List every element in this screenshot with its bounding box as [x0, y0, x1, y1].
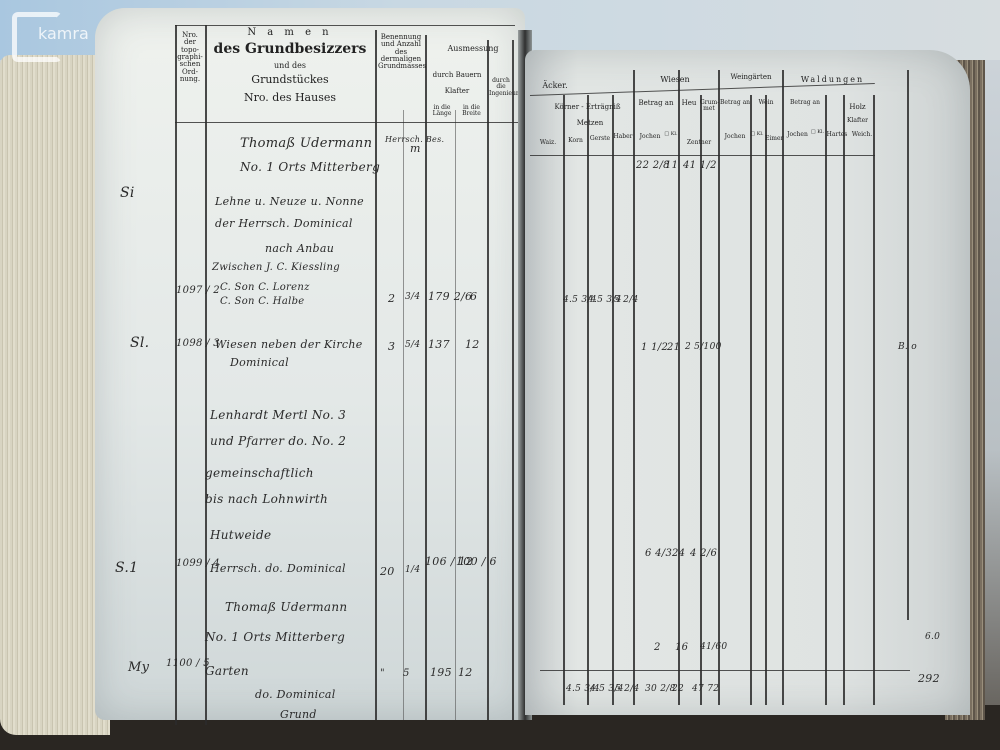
book-photograph: Nro. der topo-graphi-schen Ord-nung. N a… [0, 0, 1000, 750]
entry-unit: 3 [388, 340, 395, 353]
header-wd-qkl: □ Kl. [810, 130, 825, 135]
entry-val: 179 2/6 [428, 290, 472, 303]
cell: 24 [672, 548, 685, 559]
header-zentner: Zentner [680, 140, 718, 146]
entry-unit: 20 [380, 565, 395, 578]
margin-note: Si [120, 185, 135, 201]
watermark-text: kamra [38, 24, 89, 43]
entry-name: Dominical [230, 356, 289, 369]
entry-name: C. Son C. Halbe [220, 296, 305, 307]
rule [633, 70, 635, 705]
header-eimer: Eimer [765, 136, 783, 142]
header-gerste: Gerste [588, 136, 612, 142]
rule [205, 25, 207, 725]
header-wd-betrag: Betrag an [785, 100, 825, 106]
rule [175, 25, 515, 26]
header-wd-joch: Jochen [785, 132, 810, 138]
rule [843, 95, 845, 705]
rule [487, 40, 489, 720]
rule [718, 70, 720, 705]
total-cell: 22 [672, 684, 684, 694]
margin-note: My [128, 660, 149, 675]
rule [455, 110, 456, 720]
rule [612, 95, 614, 705]
header-grundbesitzer: des Grundbesizzers [206, 42, 374, 57]
cell: B. o [898, 342, 917, 352]
header-benennung: Benennung und Anzahl des dermaligen Grun… [378, 34, 424, 71]
header-grundstueck: Grundstückes [206, 74, 374, 86]
header-grummet: Grum-met [700, 100, 718, 113]
cell: 6 4/3 [645, 548, 672, 559]
margin-note: Sl. [130, 335, 149, 351]
header-weiches: Weich. [848, 132, 876, 138]
header-korn: Korn [564, 138, 587, 144]
header-wd-klafter: Klafter [835, 118, 880, 124]
cell: 5 2/4 [614, 295, 639, 305]
rule [587, 95, 589, 705]
total-cell: 47 72 [692, 684, 719, 694]
rule [700, 95, 702, 705]
header-wein: Wein [752, 100, 780, 106]
entry-name: Grund [280, 708, 317, 721]
header-und-des: und des [206, 62, 374, 70]
entry-val: 137 [428, 338, 450, 351]
entry-val: 1/4 [405, 565, 420, 575]
rule [530, 155, 875, 156]
entry-name: Lehne u. Neuze u. Nonne [215, 195, 364, 208]
cell: 2 5/100 [685, 342, 722, 352]
header-laenge: in die Länge [428, 105, 456, 118]
entry-name: Lenhardt Mertl No. 3 [210, 408, 346, 422]
page-edges-left [0, 55, 110, 735]
header-heu: Heu [678, 100, 700, 107]
header-metzen: Metzen [560, 120, 620, 127]
header-holz: Holz [835, 104, 880, 111]
entry-val: m [410, 142, 421, 155]
cell: 41 1/2 [683, 160, 717, 171]
entry-name: Garten [205, 664, 249, 678]
entry-val: 5/4 [405, 340, 420, 350]
entry-name: Thomaß Udermann [225, 600, 347, 614]
header-nro-hauses: Nro. des Hauses [206, 92, 374, 104]
cell: 16 [675, 642, 688, 653]
cell: 4 2/6 [690, 548, 717, 559]
header-namen: N a m e n [206, 28, 374, 39]
header-koerner: Körner - Erträgniß [545, 104, 630, 111]
entry-name: C. Son C. Lorenz [220, 282, 310, 293]
rule [540, 670, 910, 671]
rule [782, 70, 784, 705]
rule [375, 30, 377, 720]
entry-name: No. 1 Orts Mitterberg [205, 630, 345, 644]
cell: 41/60 [700, 642, 727, 652]
header-wiesen: Wiesen [635, 76, 715, 84]
rule [403, 110, 404, 720]
entry-name: Zwischen J. C. Kiessling [212, 262, 340, 273]
header-haber: Haber [612, 134, 634, 140]
entry-name: No. 1 Orts Mitterberg [240, 160, 380, 174]
cell: 1 1/2 [641, 342, 668, 353]
rule [175, 25, 177, 725]
entry-name: Hutweide [210, 528, 271, 542]
entry-val: 3/4 [405, 292, 420, 302]
rule [825, 95, 827, 705]
rule [873, 95, 875, 705]
entry-nro: 1098 / 3 [176, 338, 220, 349]
entry-name: Wiesen neben der Kirche [215, 338, 363, 351]
header-hartes: Hartes [826, 132, 848, 138]
entry-val: 6 [470, 290, 477, 303]
header-aecker: Äcker. [540, 82, 570, 90]
total-cell: 5 2/4 [615, 684, 640, 694]
cell: 6.0 [925, 632, 940, 642]
header-joch: Jochen [635, 134, 665, 140]
entry-name: gemeinschaftlich [205, 466, 314, 480]
header-wg-betrag: Betrag an [720, 100, 750, 106]
margin-note: S.1 [115, 560, 138, 576]
entry-unit: " [380, 668, 385, 679]
entry-nro: 1097 / 2 [176, 285, 220, 296]
header-waiz: Waiz. [533, 140, 563, 146]
entry-nro: 1100 / 5 [166, 658, 210, 669]
entry-val: 12 [458, 666, 473, 679]
entry-name: nach Anbau [265, 242, 334, 255]
entry-val: 5 [403, 668, 410, 679]
header-nro: Nro. der topo-graphi-schen Ord-nung. [176, 32, 204, 83]
header-breite: in die Breite [457, 105, 486, 118]
header-wg-joch: Jochen [720, 134, 750, 140]
entry-name: der Herrsch. Dominical [215, 217, 353, 230]
entry-val: 195 [430, 666, 452, 679]
rule [175, 122, 520, 123]
rule [512, 40, 514, 720]
rule [750, 95, 752, 705]
header-wg-qkl: □ Kl. [750, 132, 764, 137]
cell: 21 [667, 342, 680, 353]
header-durch-bauern: durch Bauern [428, 72, 486, 79]
header-weingaerten: Weingärten [720, 74, 782, 81]
entry-name: Herrsch. do. Dominical [210, 562, 346, 575]
page-number: 292 [918, 672, 940, 685]
rule [765, 95, 767, 705]
entry-name: do. Dominical [255, 688, 336, 701]
header-betrag: Betrag an [635, 100, 677, 107]
header-qkl: □ Kl. [664, 132, 678, 137]
header-klafter: Klafter [428, 88, 486, 95]
entry-val: 100 / 6 [456, 555, 497, 568]
right-page [525, 50, 970, 715]
entry-unit: 2 [388, 292, 395, 305]
cell: 2 [654, 642, 661, 653]
entry-name: Thomaß Udermann [240, 136, 372, 151]
entry-name: und Pfarrer do. No. 2 [210, 434, 346, 448]
header-ausmessung: Ausmessung [428, 45, 518, 53]
cell: 11 [665, 160, 678, 171]
entry-name: bis nach Lohnwirth [205, 492, 328, 506]
header-ingenieurs: durch die Ingenieurs [489, 78, 513, 97]
rule [563, 95, 565, 705]
header-waldungen: Waldungen [785, 76, 880, 84]
entry-val: 12 [465, 338, 480, 351]
